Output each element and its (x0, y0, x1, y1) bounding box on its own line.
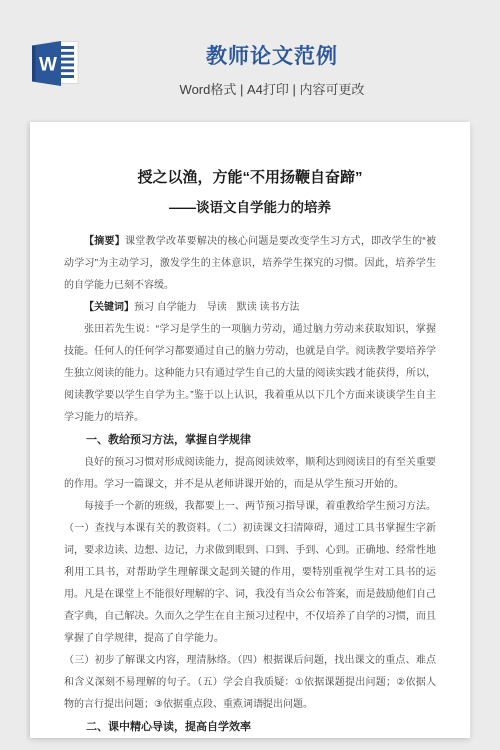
keywords-label: 【关键词】 (84, 302, 134, 313)
abstract-paragraph: 【摘要】课堂教学改革要解决的核心问题是要改变学生习方式，即改学生的“被动学习”为… (64, 231, 436, 297)
doc-title-line2: ——谈语文自学能力的培养 (64, 196, 436, 216)
section-heading-2: 二、课中精心导读，提高自学效率 (64, 716, 436, 739)
section-heading-1: 一、教给预习方法，掌握自学规律 (64, 429, 436, 452)
document-page: 授之以渔，方能“不用扬鞭自奋蹄” ——谈语文自学能力的培养 【摘要】课堂教学改革… (30, 122, 470, 738)
keywords-paragraph: 【关键词】预习 自学能力 导读 默读 读书方法 (64, 297, 436, 319)
body-paragraph: 良好的预习习惯对形成阅读能力，提高阅读效率，顺利达到阅读目的有至关重要的作用。学… (64, 452, 436, 496)
document-body: 【摘要】课堂教学改革要解决的核心问题是要改变学生习方式，即改学生的“被动学习”为… (64, 231, 436, 739)
abstract-label: 【摘要】 (84, 236, 125, 247)
doc-title-line1: 授之以渔，方能“不用扬鞭自奋蹄” (64, 166, 436, 187)
svg-text:W: W (39, 55, 57, 76)
body-paragraph: 张田若先生说：“学习是学生的一项脑力劳动，通过脑力劳动来获取知识，掌握技能。任何… (64, 319, 436, 429)
preview-header: W 教师论文范例 Word格式 | A4打印 | 内容可更改 (0, 0, 500, 98)
word-logo-icon: W (30, 40, 80, 87)
body-paragraph: 每接手一个新的班级，我都要上一、两节预习指导课，着重教给学生预习方法。（一）查找… (64, 496, 436, 650)
page-number: 第 1 页 (30, 697, 470, 708)
